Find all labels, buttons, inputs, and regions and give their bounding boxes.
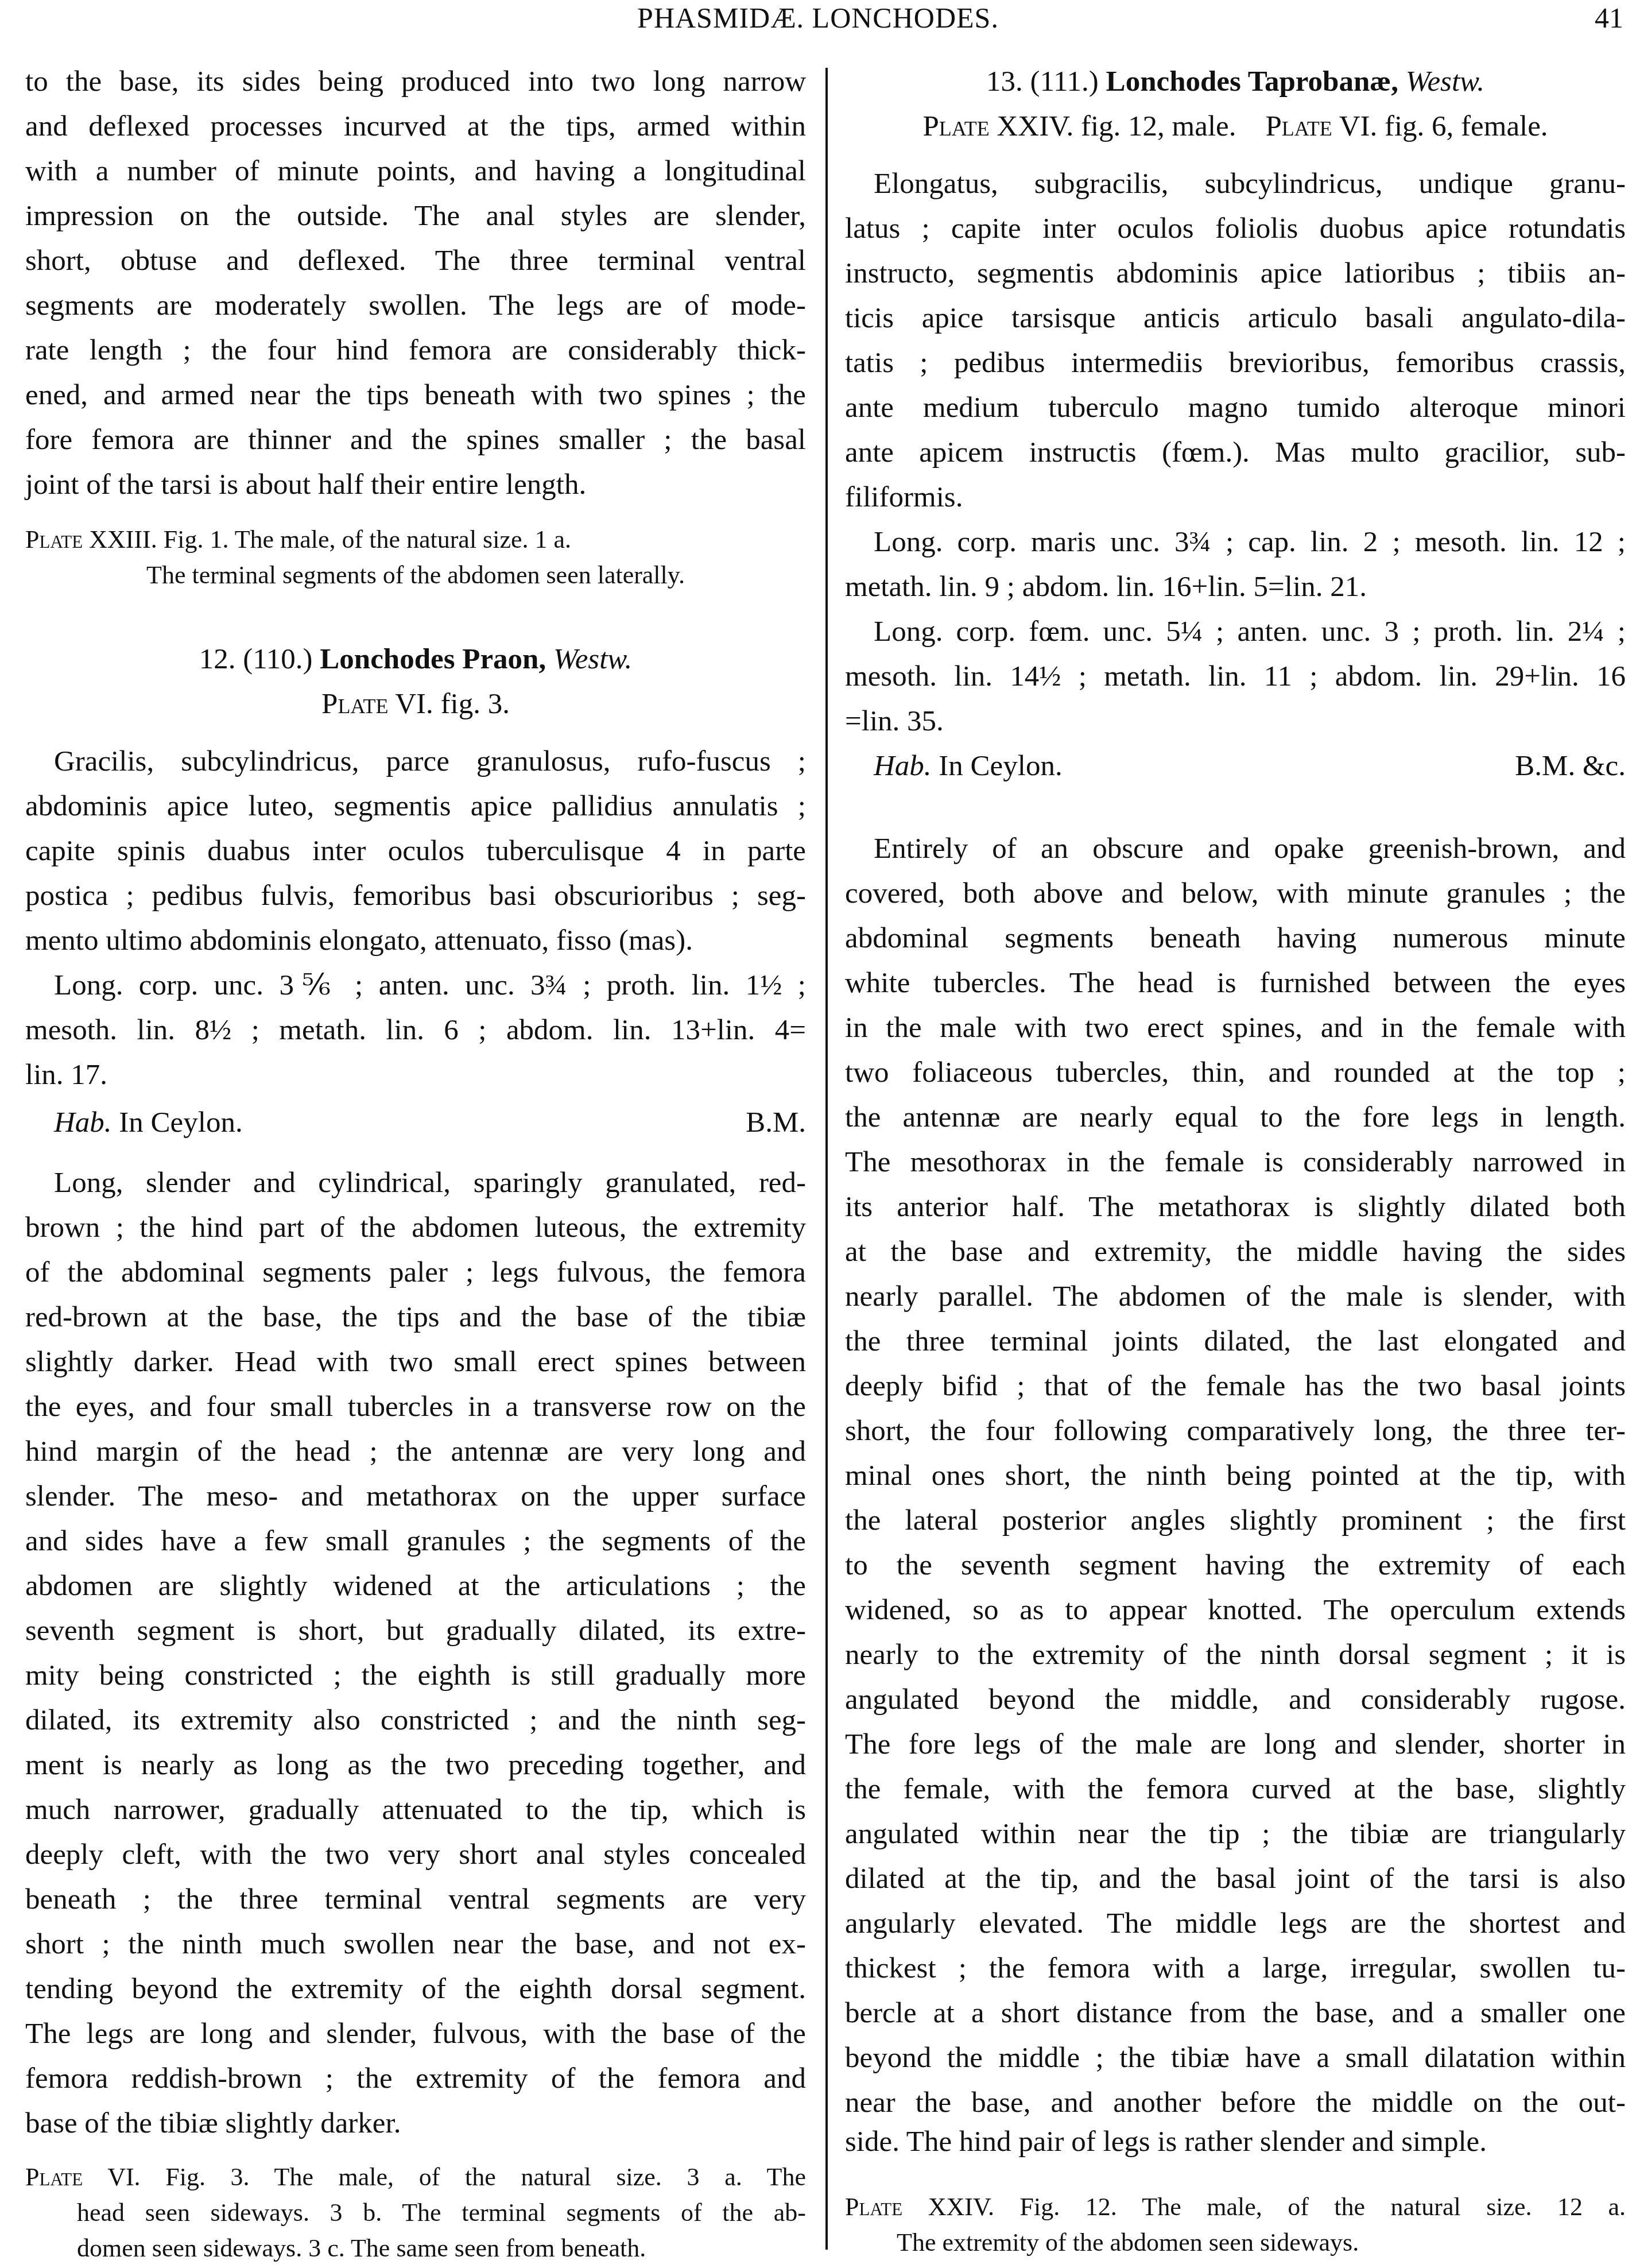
- text-line: instructo, segmentis abdominis apice lat…: [845, 256, 1626, 291]
- plate-note-line: head seen sideways. 3 b. The terminal se…: [25, 2196, 806, 2230]
- text-line: of the abdominal segments paler ; legs f…: [25, 1255, 806, 1290]
- plate-ref: VI. fig. 6, female.: [1339, 110, 1548, 142]
- text-line: beyond the middle ; the tibiæ have a sma…: [845, 2041, 1626, 2075]
- text-line: The mesothorax in the female is consider…: [845, 1145, 1626, 1179]
- text-line: brown ; the hind part of the abdomen lut…: [25, 1210, 806, 1245]
- text-line: slender. The meso- and metathorax on the…: [25, 1479, 806, 1514]
- text-line: nearly parallel. The abdomen of the male…: [845, 1279, 1626, 1314]
- plate-note-line: Plate VI. Fig. 3. The male, of the natur…: [25, 2160, 806, 2195]
- text-line: widened, so as to appear knotted. The op…: [845, 1593, 1626, 1627]
- species-name: Lonchodes Taprobanæ,: [1106, 65, 1398, 98]
- text-line: joint of the tarsi is about half their e…: [25, 467, 806, 502]
- running-head: PHASMIDÆ. LONCHODES. 41: [0, 1, 1636, 36]
- text-line: short ; the ninth much swollen near the …: [25, 1927, 806, 1961]
- text-line: segments are moderately swollen. The leg…: [25, 288, 806, 323]
- text-line: its anterior half. The metathorax is sli…: [845, 1190, 1626, 1224]
- collection: B.M. &c.: [1515, 749, 1626, 783]
- text-line: rate length ; the four hind femora are c…: [25, 333, 806, 367]
- text-line: the lateral posterior angles slightly pr…: [845, 1503, 1626, 1538]
- plate-note-line: domen seen sideways. 3 c. The same seen …: [25, 2231, 806, 2266]
- plate-label: Plate: [1265, 110, 1332, 142]
- species-number: 13. (111.): [986, 65, 1099, 98]
- text-line: at the base and extremity, the middle ha…: [845, 1234, 1626, 1269]
- plate-label: Plate: [321, 688, 388, 720]
- text-line: Long. corp. fœm. unc. 5¼ ; anten. unc. 3…: [845, 614, 1626, 649]
- plate-reference: Plate XXIV. fig. 12, male. Plate VI. fig…: [845, 109, 1626, 144]
- text-line: white tubercles. The head is furnished b…: [845, 966, 1626, 1000]
- text-line: nearly to the extremity of the ninth dor…: [845, 1638, 1626, 1672]
- species-heading: 12. (110.) Lonchodes Praon, Westw.: [25, 642, 806, 676]
- plate-label: Plate: [25, 525, 83, 554]
- text-line: ment is nearly as long as the two preced…: [25, 1748, 806, 1782]
- text-line: base of the tibiæ slightly darker.: [25, 2106, 806, 2141]
- plate-ref: VI. fig. 3.: [395, 688, 510, 720]
- text-line: beneath ; the three terminal ventral seg…: [25, 1882, 806, 1917]
- text-line: mento ultimo abdominis elongato, attenua…: [25, 923, 806, 958]
- collection: B.M.: [746, 1105, 806, 1140]
- text-line: the female, with the femora curved at th…: [845, 1772, 1626, 1806]
- text-line: covered, both above and below, with minu…: [845, 876, 1626, 911]
- running-head-title: PHASMIDÆ. LONCHODES.: [0, 1, 1636, 34]
- text-line: near the base, and another before the mi…: [845, 2085, 1626, 2120]
- text-line: Long. corp. unc. 3⅚ ; anten. unc. 3¾ ; p…: [25, 968, 806, 1003]
- text-line: fore femora are thinner and the spines s…: [25, 423, 806, 457]
- plate-label: Plate: [25, 2163, 83, 2191]
- text-line: and sides have a few small granules ; th…: [25, 1524, 806, 1558]
- text-line: abdomen are slightly widened at the arti…: [25, 1569, 806, 1603]
- text-line: ante medium tuberculo magno tumido alter…: [845, 390, 1626, 425]
- text-line: hind margin of the head ; the antennæ ar…: [25, 1434, 806, 1469]
- text-line: latus ; capite inter oculos foliolis duo…: [845, 211, 1626, 246]
- text-line: femora reddish-brown ; the extremity of …: [25, 2061, 806, 2096]
- text-line: the eyes, and four small tubercles in a …: [25, 1390, 806, 1424]
- text-line: two foliaceous tubercles, thin, and roun…: [845, 1055, 1626, 1090]
- text-line: Entirely of an obscure and opake greenis…: [845, 831, 1626, 866]
- plate-note-line: Plate XXIII. Fig. 1. The male, of the na…: [25, 523, 806, 557]
- text-line: dilated, its extremity also constricted …: [25, 1703, 806, 1737]
- text-line: filiformis.: [845, 480, 1626, 514]
- habitat-value: In Ceylon.: [119, 1106, 242, 1139]
- column-divider: [825, 68, 828, 2250]
- text-line: capite spinis duabus inter oculos tuberc…: [25, 834, 806, 868]
- text-line: with a number of minute points, and havi…: [25, 154, 806, 188]
- text-line: Long, slender and cylindrical, sparingly…: [25, 1166, 806, 1200]
- text-line: ante apicem instructis (fœm.). Mas multo…: [845, 435, 1626, 470]
- text-line: abdominal segments beneath having numero…: [845, 921, 1626, 955]
- text-line: short, the four following comparatively …: [845, 1414, 1626, 1448]
- text-line: The fore legs of the male are long and s…: [845, 1727, 1626, 1762]
- text-line: much narrower, gradually attenuated to t…: [25, 1793, 806, 1827]
- plate-note-text: VI. Fig. 3. The male, of the natural siz…: [107, 2163, 806, 2191]
- species-number: 12. (110.): [199, 643, 313, 675]
- text-line: The legs are long and slender, fulvous, …: [25, 2017, 806, 2051]
- habitat-label: Hab.: [874, 750, 932, 782]
- habitat-label: Hab.: [54, 1106, 112, 1139]
- text-line: bercle at a short distance from the base…: [845, 1996, 1626, 2030]
- habitat-line: Hab. In Ceylon. B.M. &c.: [845, 749, 1626, 783]
- text-line: to the base, its sides being produced in…: [25, 64, 806, 99]
- text-line: minal ones short, the ninth being pointe…: [845, 1458, 1626, 1493]
- text-line: Long. corp. maris unc. 3¾ ; cap. lin. 2 …: [845, 525, 1626, 559]
- text-line: =lin. 35.: [845, 704, 1626, 738]
- text-line: side. The hind pair of legs is rather sl…: [845, 2124, 1626, 2159]
- text-line: postica ; pedibus fulvis, femoribus basi…: [25, 878, 806, 913]
- text-line: mesoth. lin. 14½ ; metath. lin. 11 ; abd…: [845, 659, 1626, 694]
- text-line: lin. 17.: [25, 1058, 806, 1092]
- species-author: Westw.: [553, 643, 632, 675]
- habitat-line: Hab. In Ceylon. B.M.: [25, 1105, 806, 1140]
- text-line: thickest ; the femora with a large, irre…: [845, 1951, 1626, 1986]
- plate-ref: XXIV. fig. 12, male.: [997, 110, 1236, 142]
- text-line: and deflexed processes incurved at the t…: [25, 109, 806, 144]
- plate-note-line: The extremity of the abdomen seen sidewa…: [845, 2226, 1626, 2260]
- text-line: mity being constricted ; the eighth is s…: [25, 1658, 806, 1693]
- text-line: metath. lin. 9 ; abdom. lin. 16+lin. 5=l…: [845, 570, 1626, 604]
- plate-note-line: The terminal segments of the abdomen see…: [25, 558, 806, 593]
- text-line: in the male with two erect spines, and i…: [845, 1011, 1626, 1045]
- species-heading: 13. (111.) Lonchodes Taprobanæ, Westw.: [845, 64, 1626, 99]
- text-line: dilated at the tip, and the basal joint …: [845, 1861, 1626, 1896]
- text-line: impression on the outside. The anal styl…: [25, 199, 806, 233]
- habitat-value: In Ceylon.: [939, 750, 1062, 782]
- text-line: ticis apice tarsisque anticis articulo b…: [845, 301, 1626, 335]
- text-line: tatis ; pedibus intermediis brevioribus,…: [845, 346, 1626, 380]
- plate-label: Plate: [922, 110, 989, 142]
- plate-reference: Plate VI. fig. 3.: [25, 687, 806, 721]
- text-line: deeply bifid ; that of the female has th…: [845, 1369, 1626, 1403]
- text-line: ened, and armed near the tips beneath wi…: [25, 378, 806, 412]
- text-line: the antennæ are nearly equal to the fore…: [845, 1100, 1626, 1135]
- text-line: tending beyond the extremity of the eigh…: [25, 1972, 806, 2006]
- text-line: abdominis apice luteo, segmentis apice p…: [25, 789, 806, 823]
- plate-note-line: Plate XXIV. Fig. 12. The male, of the na…: [845, 2190, 1626, 2224]
- plate-note-text: XXIII. Fig. 1. The male, of the natural …: [89, 525, 571, 554]
- text-line: Elongatus, subgracilis, subcylindricus, …: [845, 167, 1626, 201]
- text-line: deeply cleft, with the two very short an…: [25, 1837, 806, 1872]
- text-line: the three terminal joints dilated, the l…: [845, 1324, 1626, 1359]
- text-line: Gracilis, subcylindricus, parce granulos…: [25, 744, 806, 779]
- text-line: to the seventh segment having the extrem…: [845, 1548, 1626, 1582]
- text-line: short, obtuse and deflexed. The three te…: [25, 243, 806, 278]
- text-line: slightly darker. Head with two small ere…: [25, 1345, 806, 1379]
- text-line: angularly elevated. The middle legs are …: [845, 1906, 1626, 1941]
- species-name: Lonchodes Praon,: [320, 643, 546, 675]
- plate-note-text: XXIV. Fig. 12. The male, of the natural …: [928, 2193, 1626, 2221]
- species-author: Westw.: [1406, 65, 1484, 98]
- text-line: red-brown at the base, the tips and the …: [25, 1300, 806, 1334]
- page-number: 41: [1595, 1, 1623, 34]
- text-line: angulated beyond the middle, and conside…: [845, 1682, 1626, 1717]
- text-line: mesoth. lin. 8½ ; metath. lin. 6 ; abdom…: [25, 1013, 806, 1047]
- text-line: angulated within near the tip ; the tibi…: [845, 1817, 1626, 1851]
- text-line: seventh segment is short, but gradually …: [25, 1613, 806, 1648]
- plate-label: Plate: [845, 2193, 902, 2221]
